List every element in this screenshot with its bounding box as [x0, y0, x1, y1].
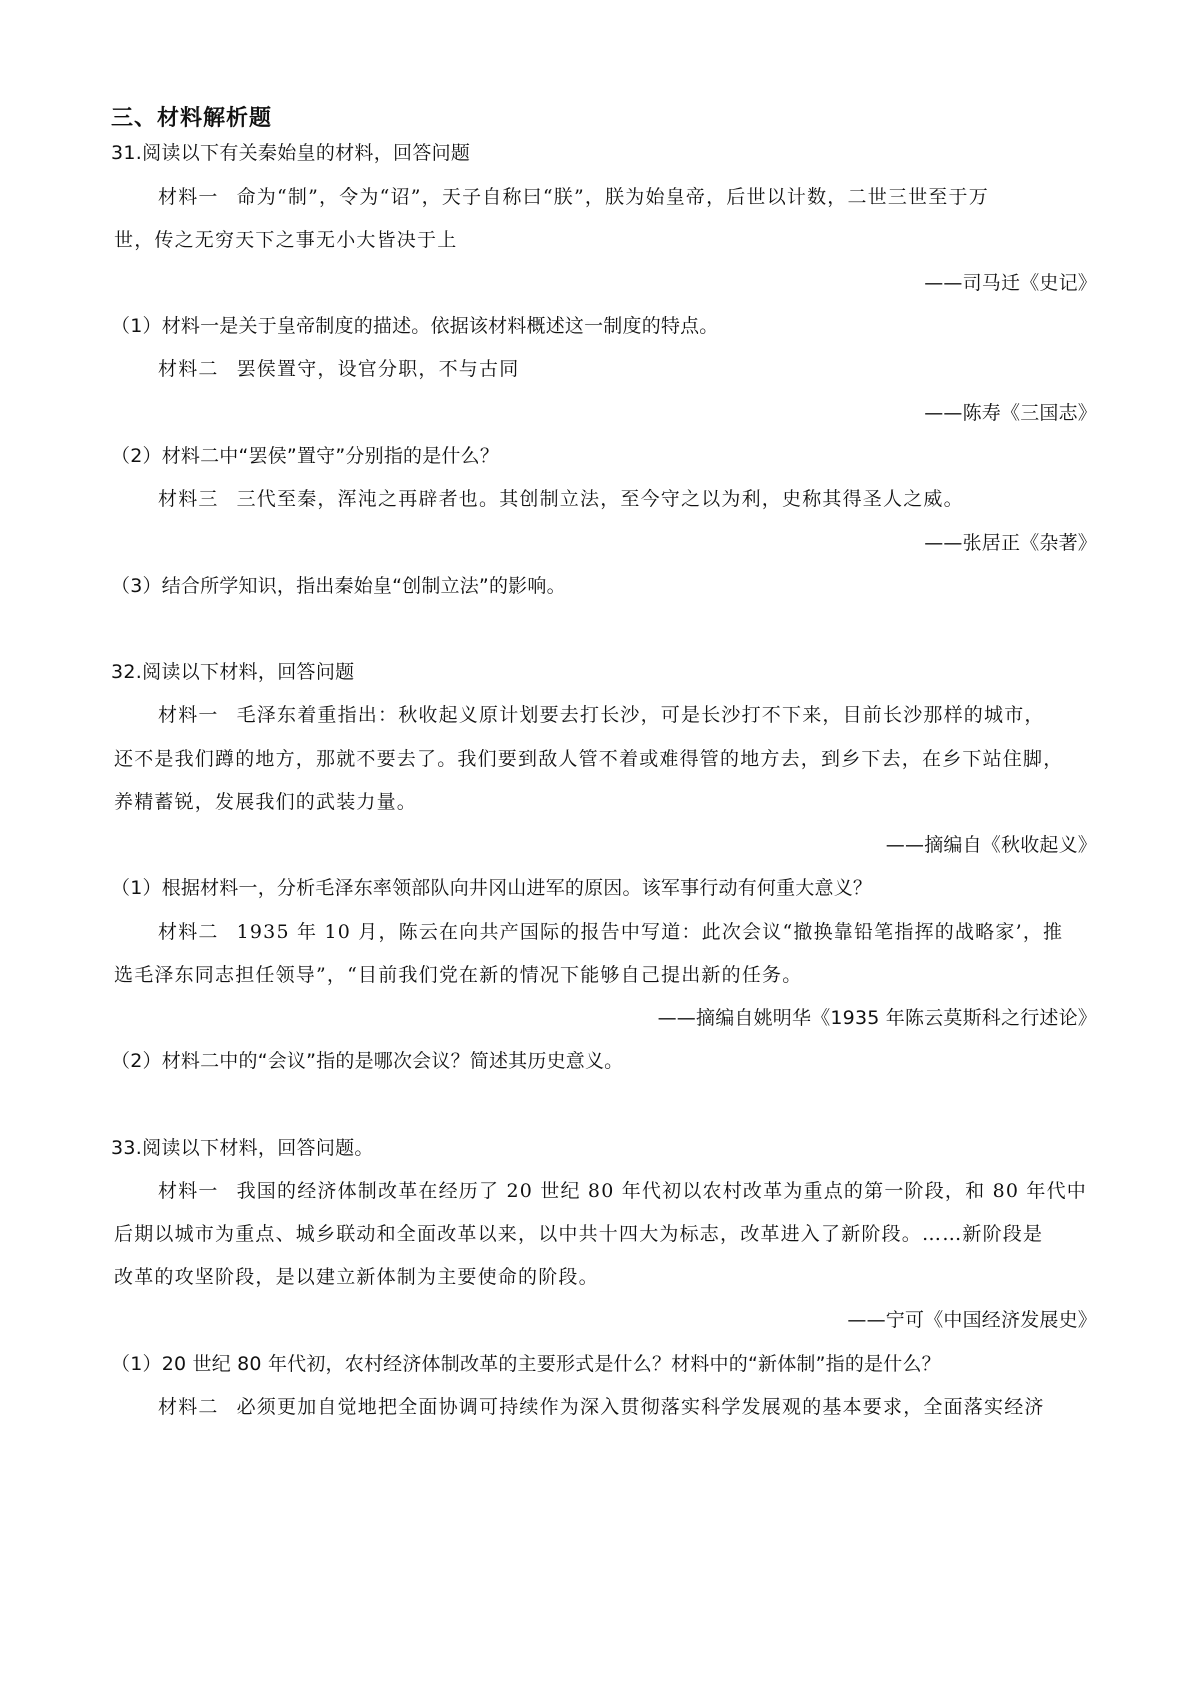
section-title: 三、材料解析题: [111, 101, 272, 132]
q31-material-3-source: ——张居正《杂著》: [924, 531, 1097, 555]
material-text: 我国的经济体制改革在经历了 20 世纪 80 年代初以农村改革为重点的第一阶段，…: [237, 1180, 1087, 1202]
q32-material-1-line-3: 养精蓄锐，发展我们的武装力量。: [114, 790, 417, 814]
material-text: 毛泽东着重指出：秋收起义原计划要去打长沙，可是长沙打不下来，目前长沙那样的城市，: [237, 704, 1045, 726]
q32-material-2-line-1: 材料二1935 年 10 月，陈云在向共产国际的报告中写道：此次会议“撤换靠铅笔…: [158, 920, 1063, 944]
q31-material-3-line-1: 材料三三代至秦，浑沌之再辟者也。其创制立法，至今守之以为利，史称其得圣人之威。: [158, 487, 964, 511]
q32-subquestion-2: （2）材料二中的“会议”指的是哪次会议？简述其历史意义。: [111, 1049, 623, 1073]
material-label: 材料一: [158, 186, 219, 208]
question-32-title: 32.阅读以下材料，回答问题: [111, 660, 354, 684]
q32-subquestion-1: （1）根据材料一，分析毛泽东率领部队向井冈山进军的原因。该军事行动有何重大意义？: [111, 876, 872, 900]
q31-subquestion-3: （3）结合所学知识，指出秦始皇“创制立法”的影响。: [111, 574, 566, 598]
q33-material-1-line-2: 后期以城市为重点、城乡联动和全面改革以来，以中共十四大为标志，改革进入了新阶段。…: [114, 1222, 1043, 1246]
q33-material-1-line-1: 材料一我国的经济体制改革在经历了 20 世纪 80 年代初以农村改革为重点的第一…: [158, 1179, 1087, 1203]
q31-material-2-source: ——陈寿《三国志》: [924, 401, 1097, 425]
material-label: 材料一: [158, 1180, 219, 1202]
q31-subquestion-1: （1）材料一是关于皇帝制度的描述。依据该材料概述这一制度的特点。: [111, 314, 719, 338]
material-label: 材料一: [158, 704, 219, 726]
material-label: 材料三: [158, 488, 219, 510]
q31-material-2-line-1: 材料二罢侯置守，设官分职，不与古同: [158, 357, 519, 381]
q33-subquestion-1: （1）20 世纪 80 年代初，农村经济体制改革的主要形式是什么？材料中的“新体…: [111, 1352, 941, 1376]
q33-material-1-line-3: 改革的攻坚阶段，是以建立新体制为主要使命的阶段。: [114, 1265, 599, 1289]
q32-material-1-line-2: 还不是我们蹲的地方，那就不要去了。我们要到敌人管不着或难得管的地方去，到乡下去，…: [114, 747, 1063, 771]
material-text: 罢侯置守，设官分职，不与古同: [237, 358, 520, 380]
q32-material-1-source: ——摘编自《秋收起义》: [886, 833, 1097, 857]
material-text: 三代至秦，浑沌之再辟者也。其创制立法，至今守之以为利，史称其得圣人之威。: [237, 488, 964, 510]
q33-material-2-line-1: 材料二必须更加自觉地把全面协调可持续作为深入贯彻落实科学发展观的基本要求，全面落…: [158, 1395, 1045, 1419]
question-33-title: 33.阅读以下材料，回答问题。: [111, 1136, 374, 1160]
material-label: 材料二: [158, 358, 219, 380]
q31-material-1-line-1: 材料一命为“制”，令为“诏”，天子自称曰“朕”，朕为始皇帝，后世以计数，二世三世…: [158, 185, 989, 209]
material-text: 命为“制”，令为“诏”，天子自称曰“朕”，朕为始皇帝，后世以计数，二世三世至于万: [237, 186, 989, 208]
q31-material-1-source: ——司马迁《史记》: [924, 271, 1097, 295]
q32-material-1-line-1: 材料一毛泽东着重指出：秋收起义原计划要去打长沙，可是长沙打不下来，目前长沙那样的…: [158, 703, 1045, 727]
exam-page: 三、材料解析题 31.阅读以下有关秦始皇的材料，回答问题 材料一命为“制”，令为…: [0, 0, 1200, 1698]
material-label: 材料二: [158, 921, 219, 943]
material-text: 必须更加自觉地把全面协调可持续作为深入贯彻落实科学发展观的基本要求，全面落实经济: [237, 1396, 1045, 1418]
q33-material-1-source: ——宁可《中国经济发展史》: [847, 1308, 1097, 1332]
question-31-title: 31.阅读以下有关秦始皇的材料，回答问题: [111, 141, 470, 165]
q31-subquestion-2: （2）材料二中“罢侯”置守”分别指的是什么？: [111, 444, 499, 468]
material-text: 1935 年 10 月，陈云在向共产国际的报告中写道：此次会议“撤换靠铅笔指挥的…: [237, 921, 1064, 943]
q32-material-2-line-2: 选毛泽东同志担任领导”，“目前我们党在新的情况下能够自己提出新的任务。: [114, 963, 802, 987]
q32-material-2-source: ——摘编自姚明华《1935 年陈云莫斯科之行述论》: [658, 1006, 1097, 1030]
q31-material-1-line-2: 世，传之无穷天下之事无小大皆决于上: [114, 228, 457, 252]
material-label: 材料二: [158, 1396, 219, 1418]
